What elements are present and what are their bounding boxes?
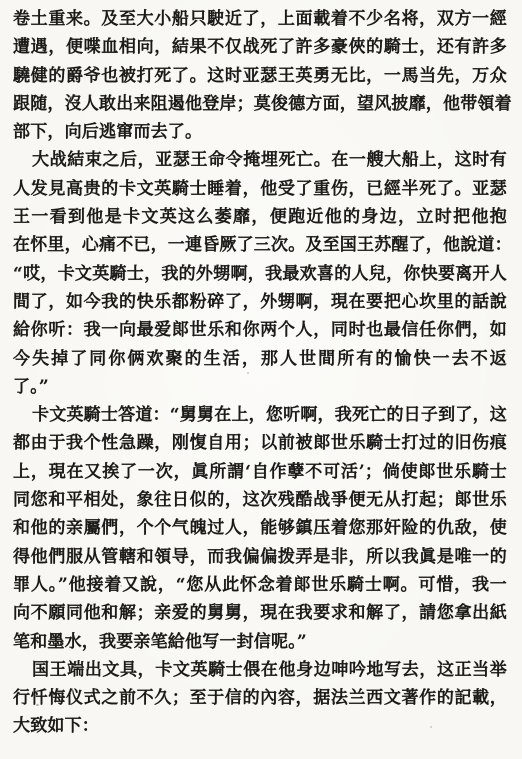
text-line: 国王端出文具，卡文英騎士偎在他身边呻吟地写去，这正当举 [13, 656, 507, 684]
text-line: 部下，向后逃窜而去了。 [13, 118, 507, 146]
text-line: “哎，卡文英騎士，我的外甥啊，我最欢喜的人兒，你快要离开人 [13, 260, 507, 288]
text-line: 同您和平相处，象往日似的，这次残酷战爭便无从打起；郞世乐 [13, 486, 507, 514]
text-line: 在怀里，心痛不已，一連昏厥了三次。及至国王苏醒了，他說道： [13, 231, 507, 259]
text-line: 向不願同他和解；亲爱的舅舅，現在我要求和解了，請您拿出紙 [13, 599, 507, 627]
text-line: 給你听：我一向最爱郞世乐和你两个人，同时也最信任你們，如 [13, 316, 507, 344]
text-line: 罪人。”他接着又說，“您从此怀念着郞世乐騎士啊。可惜，我一 [13, 571, 507, 599]
text-line: 和他的亲屬們，个个气魄过人，能够鎮压着您那奸险的仇敌，使 [13, 514, 507, 542]
book-page: 卷土重来。及至大小船只駛近了，上面載着不少名将，双方一經 遭遇，便喋血相向，結果… [0, 0, 522, 759]
text-line: 得他們服从管轄和領导，而我偏偏拨弄是非，所以我眞是唯一的 [13, 543, 507, 571]
text-line: 跟随，沒人敢出来阻遏他登岸；莫俊德方面，望风披靡，他带領着 [13, 90, 507, 118]
paragraph-3: 卡文英騎士答道：“舅舅在上，您听啊，我死亡的日子到了，这 都由于我个性急躁，刚愎… [13, 401, 507, 656]
text-line: 間了，如今我的快乐都粉碎了，外甥啊，現在要把心坎里的話說 [13, 288, 507, 316]
text-line: 遭遇，便喋血相向，結果不仅战死了許多豪俠的騎士，还有許多 [13, 33, 507, 61]
text-line: 了。” [13, 373, 507, 401]
paragraph-1: 卷土重来。及至大小船只駛近了，上面載着不少名将，双方一經 遭遇，便喋血相向，結果… [13, 5, 507, 146]
text-line: 都由于我个性急躁，刚愎自用；以前被郞世乐騎士打过的旧伤痕 [13, 429, 507, 457]
text-line: 卷土重来。及至大小船只駛近了，上面載着不少名将，双方一經 [13, 5, 507, 33]
text-line: 上，現在又挨了一次，眞所謂‘自作孽不可活’；倘使郞世乐騎士 [13, 458, 507, 486]
text-line: 今失掉了同你俩欢聚的生活，那人世間所有的愉快一去不返 [13, 345, 507, 373]
paragraph-2: 大战結束之后，亚瑟王命令掩埋死亡。在一艘大船上，这时有 人发見高贵的卡文英騎士睡… [13, 146, 507, 401]
text-line: 大战結束之后，亚瑟王命令掩埋死亡。在一艘大船上，这时有 [13, 146, 507, 174]
text-line: 行忏悔仪式之前不久；至于信的內容，据法兰西文著作的記載， [13, 684, 507, 712]
text-line: 大致如下： [13, 712, 507, 740]
text-line: 卡文英騎士答道：“舅舅在上，您听啊，我死亡的日子到了，这 [13, 401, 507, 429]
text-line: 王一看到他是卡文英这么萎靡，便跑近他的身边，立时把他抱 [13, 203, 507, 231]
text-line: 笔和墨水，我要亲笔給他写一封信呢。” [13, 628, 507, 656]
page-text-block: 卷土重来。及至大小船只駛近了，上面載着不少名将，双方一經 遭遇，便喋血相向，結果… [13, 5, 507, 741]
text-line: 人发見高贵的卡文英騎士睡着，他受了重伤，已經半死了。亚瑟 [13, 175, 507, 203]
text-line: 驍健的爵爷也被打死了。这时亚瑟王英勇无比，一馬当先，万众 [13, 62, 507, 90]
paragraph-4: 国王端出文具，卡文英騎士偎在他身边呻吟地写去，这正当举 行忏悔仪式之前不久；至于… [13, 656, 507, 741]
